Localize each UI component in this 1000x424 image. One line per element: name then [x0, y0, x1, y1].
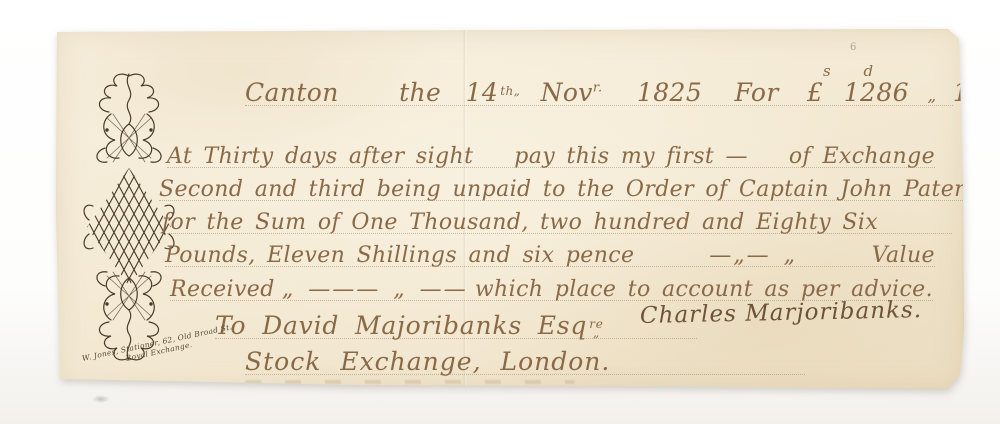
- sight-clause-mid: pay this my first —: [514, 144, 748, 169]
- exchange-copies-line: Second and third being unpaid to the Ord…: [159, 177, 1000, 202]
- drawee-name: To David Majoribanks Esq: [215, 311, 587, 340]
- date-prefix: the: [399, 78, 441, 107]
- amount-shillings: 11: [953, 78, 986, 107]
- bill-of-exchange-paper: 6 s d Canton the 14th„ Novr. 1825 For £ …: [55, 28, 965, 392]
- date-amount-line: Canton the 14th„ Novr. 1825 For £ 1286 „…: [245, 78, 953, 107]
- sight-clause-left: At Thirty days after sight: [167, 144, 473, 169]
- amount-pounds: 1286: [844, 78, 909, 107]
- backdrop-smudge: [92, 395, 110, 403]
- pencil-mark: 6: [850, 42, 856, 53]
- day-number: 14: [466, 78, 499, 107]
- sum-in-words-line: for the Sum of One Thousand, two hundred…: [162, 210, 952, 235]
- day-suffix: th: [500, 87, 513, 96]
- esquire-suffix-stack: re„: [589, 320, 603, 338]
- paper-wrapper: 6 s d Canton the 14th„ Novr. 1825 For £ …: [55, 28, 965, 392]
- photograph-backdrop: 6 s d Canton the 14th„ Novr. 1825 For £ …: [0, 0, 1000, 424]
- fill-dashes: —„— „: [709, 243, 797, 268]
- amount-separator-1: „: [927, 86, 936, 106]
- fill-dashes: „ ——— „ ——: [282, 277, 468, 302]
- drawer-signature: Charles Marjoribanks.: [640, 297, 923, 329]
- pounds-clause: Pounds, Eleven Shillings and six pence: [165, 243, 634, 268]
- esquire-under-mark: „: [593, 329, 600, 338]
- drawee-address-line: Stock Exchange, London.: [245, 347, 805, 376]
- month-suffix: r.: [593, 81, 603, 96]
- place-name: Canton: [245, 78, 339, 107]
- day-suffix-stack: th„: [500, 87, 520, 96]
- currency-symbol: £: [807, 78, 823, 107]
- faint-cutoff-writing: [245, 380, 575, 384]
- received-label: Received: [170, 277, 275, 302]
- value-label: Value: [872, 243, 935, 268]
- year-number: 1825: [637, 78, 702, 107]
- for-label: For: [735, 78, 779, 107]
- drawee-line: To David Majoribanks Esqre„: [215, 311, 697, 340]
- sight-clause-right: of Exchange: [789, 144, 935, 169]
- sight-clause-line: At Thirty days after sight pay this my f…: [167, 144, 935, 169]
- pounds-shillings-line: Pounds, Eleven Shillings and six pence —…: [165, 243, 935, 268]
- day-under-mark: „: [514, 87, 521, 96]
- month-name: Nov: [541, 78, 593, 107]
